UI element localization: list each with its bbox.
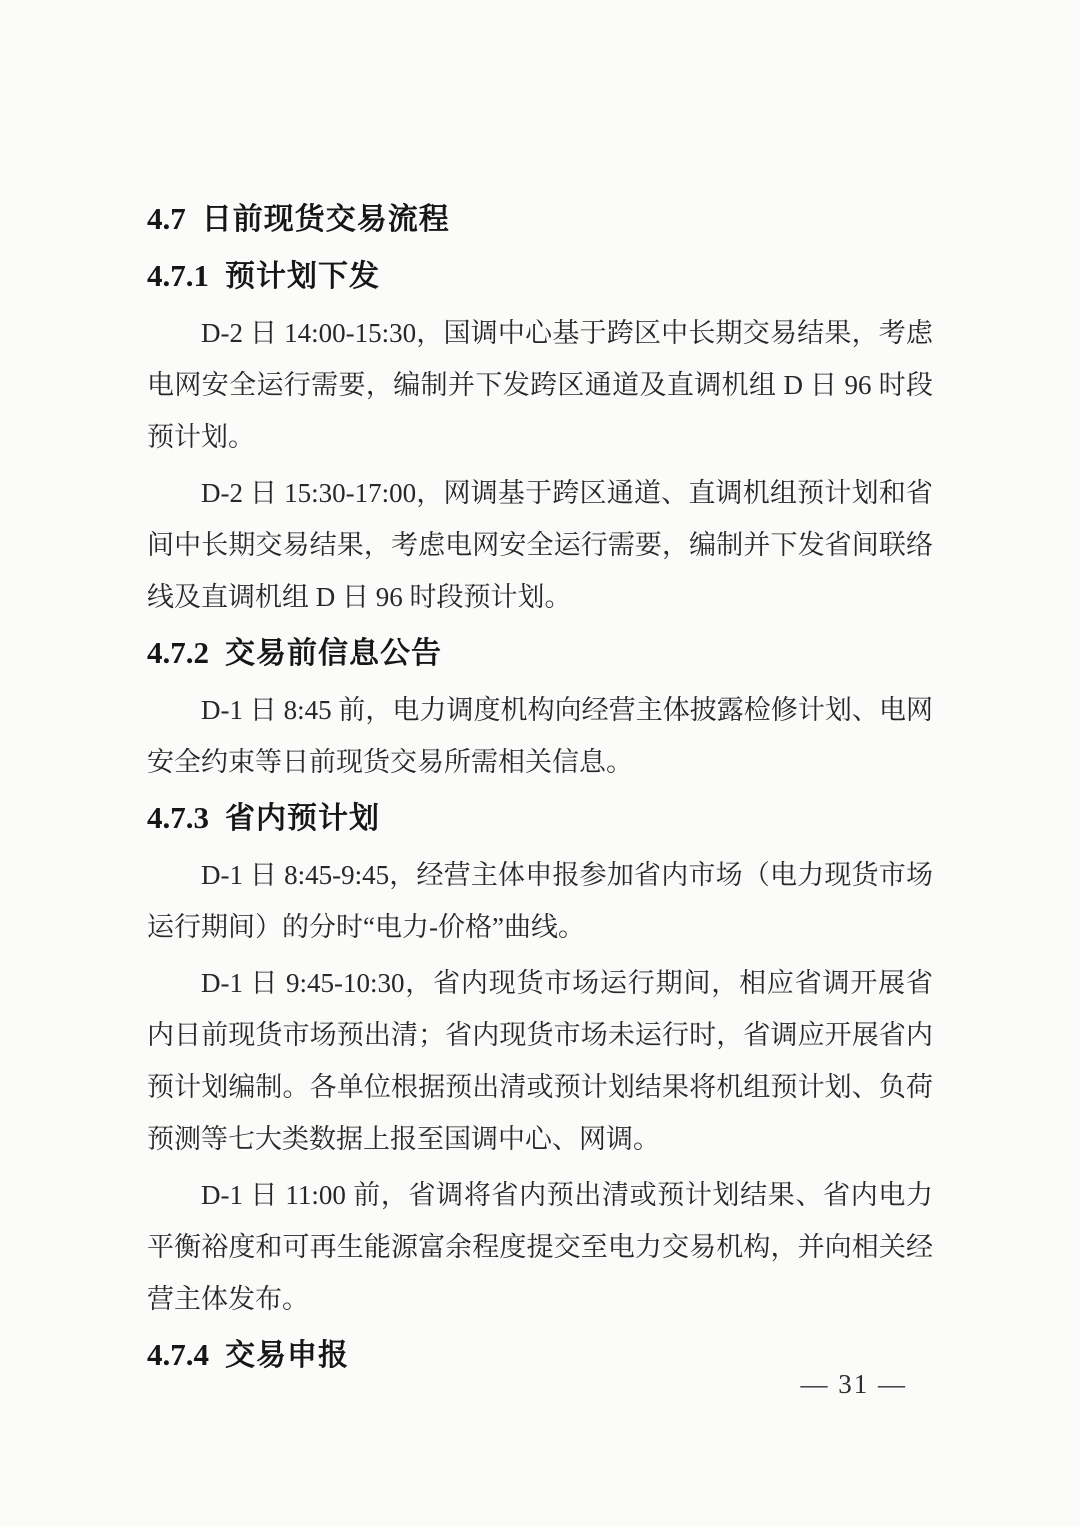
section-title: 省内预计划	[225, 802, 380, 835]
paragraph-info-disclosure: D-1 日 8:45 前，电力调度机构向经营主体披露检修计划、电网安全约束等日前…	[147, 684, 933, 788]
heading-4-7-1: 4.7.1预计划下发	[147, 250, 933, 303]
section-title: 交易前信息公告	[225, 637, 442, 670]
heading-4-7-3: 4.7.3省内预计划	[147, 792, 933, 845]
section-number: 4.7.1	[147, 258, 209, 293]
document-body: 4.7日前现货交易流程 4.7.1预计划下发 D-2 日 14:00-15:30…	[147, 191, 933, 1384]
paragraph-submit-results: D-1 日 11:00 前，省调将省内预出清或预计划结果、省内电力平衡裕度和可再…	[147, 1169, 933, 1325]
section-title: 预计划下发	[225, 260, 380, 293]
heading-4-7-2: 4.7.2交易前信息公告	[147, 627, 933, 680]
document-page: 4.7日前现货交易流程 4.7.1预计划下发 D-2 日 14:00-15:30…	[0, 0, 1080, 1527]
section-number: 4.7.2	[147, 635, 209, 670]
paragraph-preclearing: D-1 日 9:45-10:30，省内现货市场运行期间，相应省调开展省内日前现货…	[147, 957, 933, 1165]
section-title: 日前现货交易流程	[202, 203, 450, 236]
section-number: 4.7.3	[147, 800, 209, 835]
paragraph-bid-curve: D-1 日 8:45-9:45，经营主体申报参加省内市场（电力现货市场运行期间）…	[147, 849, 933, 953]
heading-4-7: 4.7日前现货交易流程	[147, 193, 933, 246]
paragraph-preplan-national: D-2 日 14:00-15:30，国调中心基于跨区中长期交易结果，考虑电网安全…	[147, 307, 933, 463]
section-number: 4.7	[147, 201, 186, 236]
paragraph-preplan-grid: D-2 日 15:30-17:00，网调基于跨区通道、直调机组预计划和省间中长期…	[147, 467, 933, 623]
page-number: — 31 —	[147, 1364, 933, 1404]
